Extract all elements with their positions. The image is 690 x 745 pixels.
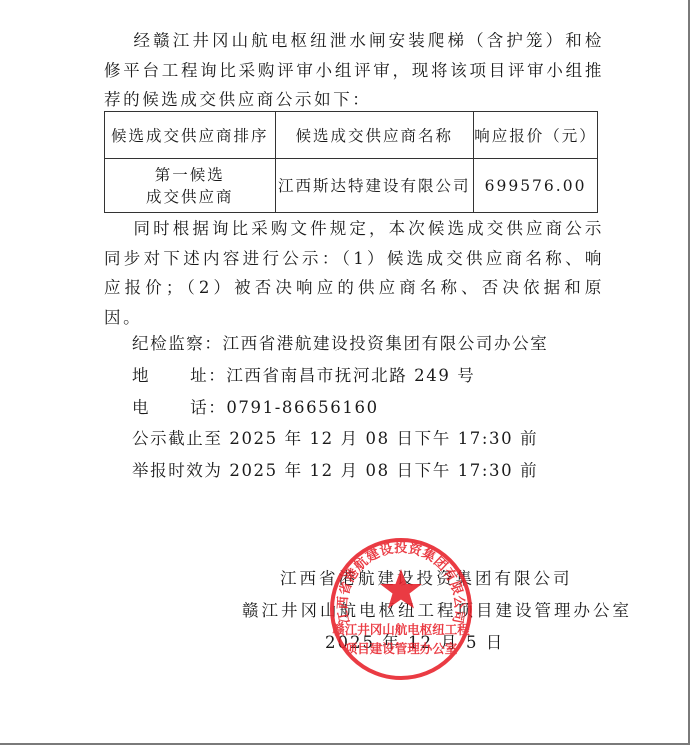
- phone-line: 电话：0791-86656160: [132, 398, 379, 418]
- header-name: 候选成交供应商名称: [275, 112, 473, 159]
- phone-value: 0791-86656160: [226, 398, 378, 417]
- phone-label-a: 电: [132, 398, 150, 417]
- supervision-line: 纪检监察：江西省港航建设投资集团有限公司办公室: [132, 334, 548, 354]
- seal-inner-line-1: 赣江井冈山航电枢纽工程: [332, 622, 470, 637]
- cell-supplier-name: 江西斯达特建设有限公司: [275, 159, 473, 213]
- address-label-a: 地: [132, 366, 150, 385]
- cell-rank: 第一候选 成交供应商: [105, 159, 276, 213]
- star-icon: [380, 569, 422, 609]
- cell-price: 699576.00: [474, 159, 598, 213]
- rank-line-1: 第一候选: [105, 164, 275, 186]
- address-line: 地址：江西省南昌市抚河北路 249 号: [132, 366, 475, 386]
- disclosure-paragraph: 同时根据询比采购文件规定，本次候选成交供应商公示同步对下述内容进行公示：（1）候…: [104, 214, 604, 332]
- header-price: 响应报价（元）: [474, 112, 598, 159]
- seal-inner-line-2: 项目建设管理办公室: [345, 641, 458, 656]
- supervision-value: 江西省港航建设投资集团有限公司办公室: [223, 334, 549, 353]
- rank-line-2: 成交供应商: [105, 186, 275, 208]
- publicity-deadline: 公示截止至 2025 年 12 月 08 日下午 17:30 前: [132, 429, 538, 449]
- official-seal-icon: 江西省港航建设投资集团有限公司 赣江井冈山航电枢纽工程 项目建设管理办公室: [328, 536, 474, 682]
- candidate-table: 候选成交供应商排序 候选成交供应商名称 响应报价（元） 第一候选 成交供应商 江…: [104, 111, 598, 213]
- table-row: 第一候选 成交供应商 江西斯达特建设有限公司 699576.00: [105, 159, 598, 213]
- report-deadline: 举报时效为 2025 年 12 月 08 日下午 17:30 前: [132, 461, 538, 481]
- intro-text: 经赣江井冈山航电枢纽泄水闸安装爬梯（含护笼）和检修平台工程询比采购评审小组评审，…: [104, 31, 604, 109]
- disclosure-text: 同时根据询比采购文件规定，本次候选成交供应商公示同步对下述内容进行公示：（1）候…: [104, 219, 604, 327]
- phone-label-b: 话：: [190, 398, 226, 417]
- header-rank: 候选成交供应商排序: [105, 112, 276, 159]
- intro-paragraph: 经赣江井冈山航电枢纽泄水闸安装爬梯（含护笼）和检修平台工程询比采购评审小组评审，…: [104, 26, 604, 115]
- supervision-label: 纪检监察：: [132, 334, 223, 353]
- address-value: 江西省南昌市抚河北路 249 号: [226, 366, 475, 385]
- table-header-row: 候选成交供应商排序 候选成交供应商名称 响应报价（元）: [105, 112, 598, 159]
- address-label-b: 址：: [190, 366, 226, 385]
